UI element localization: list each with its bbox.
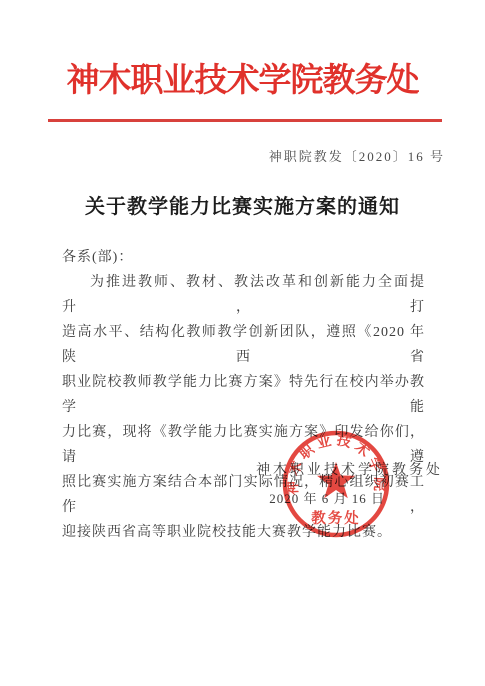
body-line: 造高水平、结构化教师教学创新团队，遵照《2020 年陕西省 [62,320,425,370]
official-seal: 神木职业技术学院 教务处 [275,423,397,545]
letterhead-divider-line [48,119,442,122]
seal-bottom-text: 教务处 [310,509,361,527]
document-page: 神木职业技术学院教务处 神职院教发〔2020〕16 号 关于教学能力比赛实施方案… [0,0,485,686]
body-line: 职业院校教师教学能力比赛方案》特先行在校内举办教学能 [62,370,425,420]
document-number: 神职院教发〔2020〕16 号 [269,146,445,165]
notice-title: 关于教学能力比赛实施方案的通知 [0,190,485,219]
body-line: 为推进教师、教材、教法改革和创新能力全面提升，打 [62,270,425,320]
letterhead-title: 神木职业技术学院教务处 [0,54,485,101]
seal-star-icon [317,462,355,498]
salutation: 各系(部)： [62,245,425,270]
